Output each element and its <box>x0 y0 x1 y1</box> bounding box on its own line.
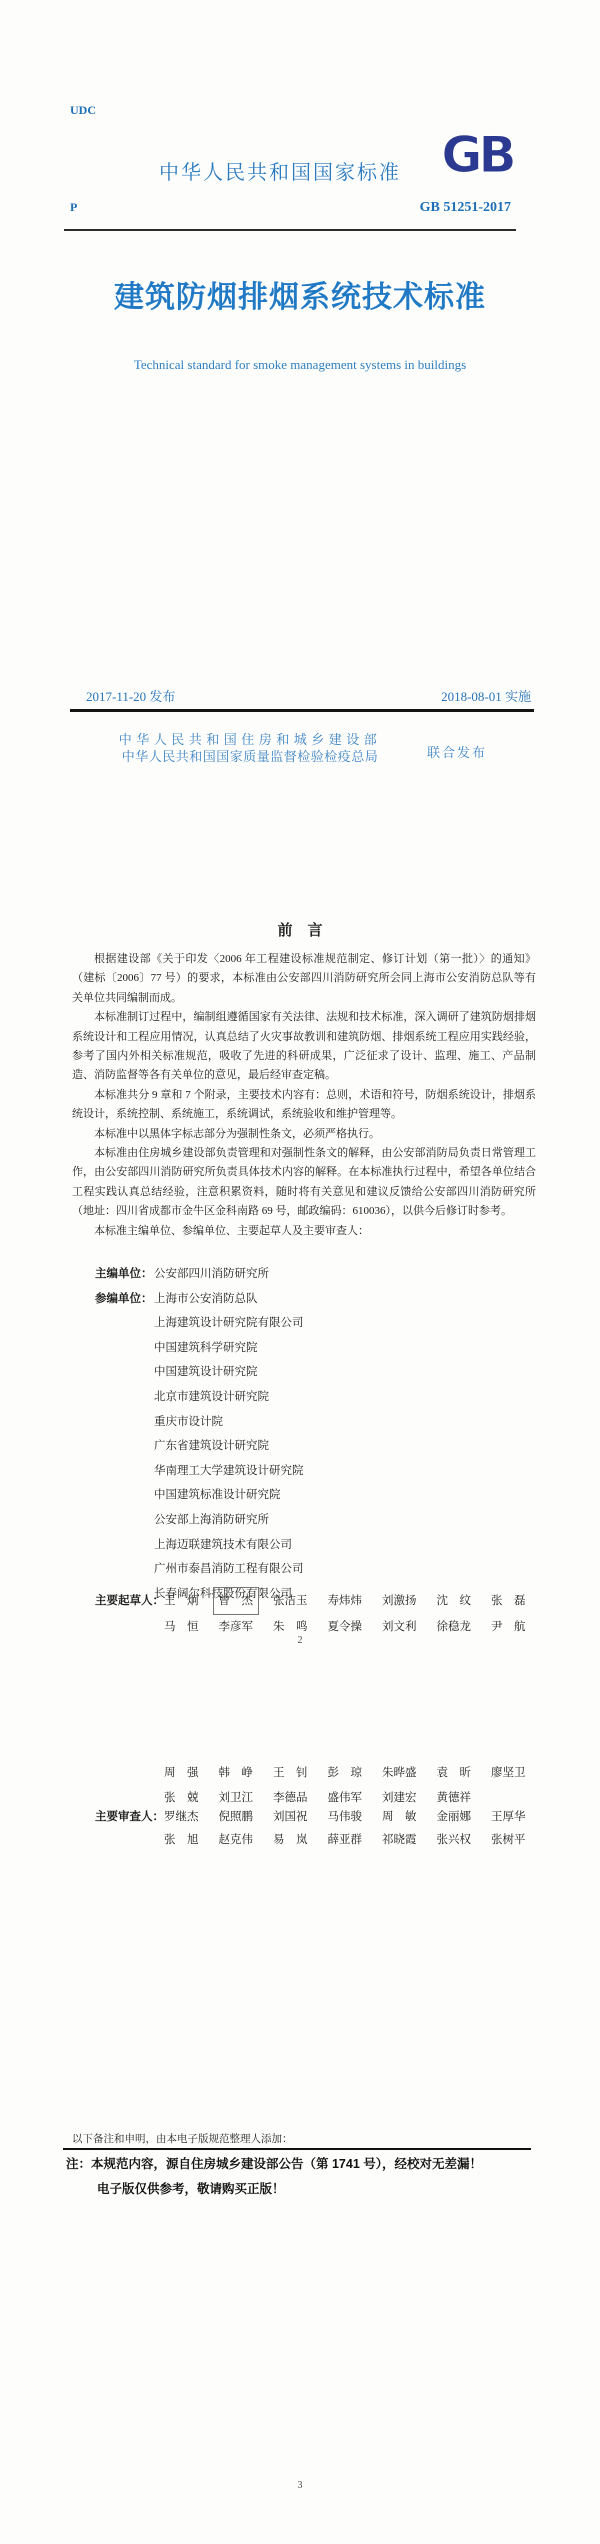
participant-unit: 上海建筑设计研究院有限公司 <box>154 1311 304 1336</box>
issuer-line1: 中华人民共和国住房和城乡建设部 <box>92 731 408 748</box>
participant-unit: 上海迈联建筑技术有限公司 <box>154 1533 292 1558</box>
drafter-name: 彭 琼 <box>328 1761 363 1786</box>
reviewer-name: 易 岚 <box>273 1829 308 1852</box>
foreword-heading: 前 言 <box>0 919 600 940</box>
foreword-paragraph: 本标准主编单位、参编单位、主要起草人及主要审查人： <box>72 1222 536 1241</box>
participant-unit: 广东省建筑设计研究院 <box>154 1434 269 1459</box>
svg-text:GB: GB <box>441 126 513 180</box>
reviewer-name: 罗继杰 <box>164 1806 199 1829</box>
reviewer-name: 张 旭 <box>164 1829 199 1852</box>
joint-issue-label: 联合发布 <box>427 742 487 761</box>
reviewer-name: 赵克伟 <box>219 1829 254 1852</box>
foreword-body: 根据建设部《关于印发〈2006 年工程建设标准规范制定、修订计划（第一批）〉的通… <box>72 950 536 1241</box>
participant-row: 参编单位： 上海市公安消防总队 <box>95 1287 304 1312</box>
reviewer-name: 张树平 <box>491 1829 526 1852</box>
participant-row: 广东省建筑设计研究院 <box>95 1434 304 1459</box>
drafter-name: 周 强 <box>164 1761 199 1786</box>
foreword-paragraph: 根据建设部《关于印发〈2006 年工程建设标准规范制定、修订计划（第一批）〉的通… <box>72 950 536 1008</box>
foreword-paragraph: 本标准由住房城乡建设部负责管理和对强制性条文的解释，由公安部消防局负责日常管理工… <box>72 1144 536 1222</box>
participant-row: 中国建筑科学研究院 <box>95 1336 304 1361</box>
reviewer-name: 刘国祝 <box>273 1806 308 1829</box>
national-standard-heading: 中华人民共和国国家标准 <box>110 156 450 185</box>
drafter-name: 张洁玉 <box>273 1588 308 1614</box>
category-code: P <box>70 200 77 215</box>
participant-unit: 公安部上海消防研究所 <box>154 1508 269 1533</box>
issue-date: 2017-11-20 发布 <box>86 686 175 705</box>
standard-document-page: UDC GB 中华人民共和国国家标准 P GB 51251-2017 建筑防烟排… <box>0 0 600 2544</box>
editing-units-list: 主编单位： 公安部四川消防研究所 参编单位： 上海市公安消防总队 上海建筑设计研… <box>95 1262 304 1606</box>
drafter-name: 刘激扬 <box>382 1588 417 1614</box>
drafter-name: 沈 纹 <box>437 1588 472 1614</box>
reviewer-name: 金丽娜 <box>437 1806 472 1829</box>
drafter-name: 王 炯 <box>164 1588 199 1614</box>
drafter-name: 王 钊 <box>273 1761 308 1786</box>
drafter-name: 韩 峥 <box>219 1761 254 1786</box>
chief-editor-unit: 公安部四川消防研究所 <box>154 1262 269 1287</box>
editor-note-line2: 电子版仅供参考，敬请购买正版！ <box>97 2179 285 2197</box>
foreword-paragraph: 本标准制订过程中，编制组遵循国家有关法律、法规和技术标准，深入调研了建筑防烟排烟… <box>72 1008 536 1086</box>
drafters-label: 主要起草人： <box>95 1588 164 1614</box>
issuer-line2: 中华人民共和国国家质量监督检验检疫总局 <box>92 748 408 765</box>
participant-unit: 中国建筑设计研究院 <box>154 1360 258 1385</box>
reviewers-row: 主要审查人： 罗继杰 倪照鹏 刘国祝 马伟骏 周 敏 金丽娜 王厚华 <box>95 1806 526 1829</box>
participant-unit: 中国建筑标准设计研究院 <box>154 1483 281 1508</box>
udc-label: UDC <box>70 103 96 118</box>
participant-row: 公安部上海消防研究所 <box>95 1508 304 1533</box>
reviewer-name: 倪照鹏 <box>219 1806 254 1829</box>
reviewers-block: 主要审查人： 罗继杰 倪照鹏 刘国祝 马伟骏 周 敏 金丽娜 王厚华 张 旭 赵… <box>95 1806 526 1852</box>
participant-row: 中国建筑设计研究院 <box>95 1360 304 1385</box>
participant-row: 上海建筑设计研究院有限公司 <box>95 1311 304 1336</box>
issuing-authorities: 中华人民共和国住房和城乡建设部 中华人民共和国国家质量监督检验检疫总局 <box>92 731 408 765</box>
drafter-name: 廖坚卫 <box>491 1761 526 1786</box>
participant-unit: 华南理工大学建筑设计研究院 <box>154 1459 304 1484</box>
participant-row: 广州市泰昌消防工程有限公司 <box>95 1557 304 1582</box>
drafters-names: 王 炯 曾 杰 张洁玉 寿炜炜 刘激扬 沈 纹 张 磊 <box>164 1588 526 1614</box>
participant-row: 北京市建筑设计研究院 <box>95 1385 304 1410</box>
page-number: 3 <box>0 2480 600 2491</box>
participant-row: 华南理工大学建筑设计研究院 <box>95 1459 304 1484</box>
drafters-names: 周 强 韩 峥 王 钊 彭 琼 朱晔盛 袁 昕 廖坚卫 <box>164 1761 526 1786</box>
editor-note-line1: 注：本规范内容，源自住房城乡建设部公告（第 1741 号），经校对无差漏！ <box>66 2154 482 2172</box>
drafters-block: 主要起草人： 王 炯 曾 杰 张洁玉 寿炜炜 刘激扬 沈 纹 张 磊 马 恒 李… <box>95 1588 526 1640</box>
participant-row: 上海迈联建筑技术有限公司 <box>95 1533 304 1558</box>
reviewer-name: 薛亚群 <box>328 1829 363 1852</box>
reviewers-names: 罗继杰 倪照鹏 刘国祝 马伟骏 周 敏 金丽娜 王厚华 <box>164 1806 526 1829</box>
participant-unit: 广州市泰昌消防工程有限公司 <box>154 1557 304 1582</box>
drafter-name: 张 磊 <box>491 1588 526 1614</box>
participant-row: 中国建筑标准设计研究院 <box>95 1483 304 1508</box>
document-title-en: Technical standard for smoke management … <box>0 357 600 373</box>
reviewer-name: 马伟骏 <box>328 1806 363 1829</box>
reviewers-names: 张 旭 赵克伟 易 岚 薛亚群 祁晓霞 张兴权 张树平 <box>164 1829 526 1852</box>
chief-editor-label: 主编单位： <box>95 1262 154 1287</box>
page-number: 2 <box>0 1635 600 1646</box>
drafter-name-boxed: 曾 杰 <box>213 1587 260 1615</box>
drafters-continued-block: 周 强 韩 峥 王 钊 彭 琼 朱晔盛 袁 昕 廖坚卫 张 兢 刘卫江 李德品 … <box>164 1761 526 1811</box>
drafter-name: 朱晔盛 <box>382 1761 417 1786</box>
drafters-row: 主要起草人： 王 炯 曾 杰 张洁玉 寿炜炜 刘激扬 沈 纹 张 磊 <box>95 1588 526 1614</box>
participant-unit: 北京市建筑设计研究院 <box>154 1385 269 1410</box>
participants-label: 参编单位： <box>95 1287 154 1312</box>
reviewer-name: 王厚华 <box>491 1806 526 1829</box>
reviewer-name: 祁晓霞 <box>382 1829 417 1852</box>
drafter-name: 寿炜炜 <box>328 1588 363 1614</box>
participant-unit: 中国建筑科学研究院 <box>154 1336 258 1361</box>
drafter-name: 袁 昕 <box>437 1761 472 1786</box>
foreword-paragraph: 本标准中以黑体字标志部分为强制性条文，必须严格执行。 <box>72 1125 536 1144</box>
editor-note-intro: 以下备注和申明，由本电子版规范整理人添加： <box>72 2131 293 2146</box>
footer-rule <box>70 709 534 712</box>
document-title-cn: 建筑防烟排烟系统技术标准 <box>0 272 600 316</box>
implementation-date: 2018-08-01 实施 <box>441 686 531 705</box>
participant-unit: 重庆市设计院 <box>154 1410 223 1435</box>
chief-editor-row: 主编单位： 公安部四川消防研究所 <box>95 1262 304 1287</box>
foreword-paragraph: 本标准共分 9 章和 7 个附录，主要技术内容有：总则，术语和符号，防烟系统设计… <box>72 1086 536 1125</box>
reviewers-label: 主要审查人： <box>95 1806 164 1829</box>
standard-number: GB 51251-2017 <box>420 200 511 216</box>
header-rule <box>64 229 516 231</box>
reviewer-name: 周 敏 <box>382 1806 417 1829</box>
participant-unit: 上海市公安消防总队 <box>154 1287 258 1312</box>
note-rule <box>63 2148 531 2150</box>
reviewer-name: 张兴权 <box>437 1829 472 1852</box>
participant-row: 重庆市设计院 <box>95 1410 304 1435</box>
